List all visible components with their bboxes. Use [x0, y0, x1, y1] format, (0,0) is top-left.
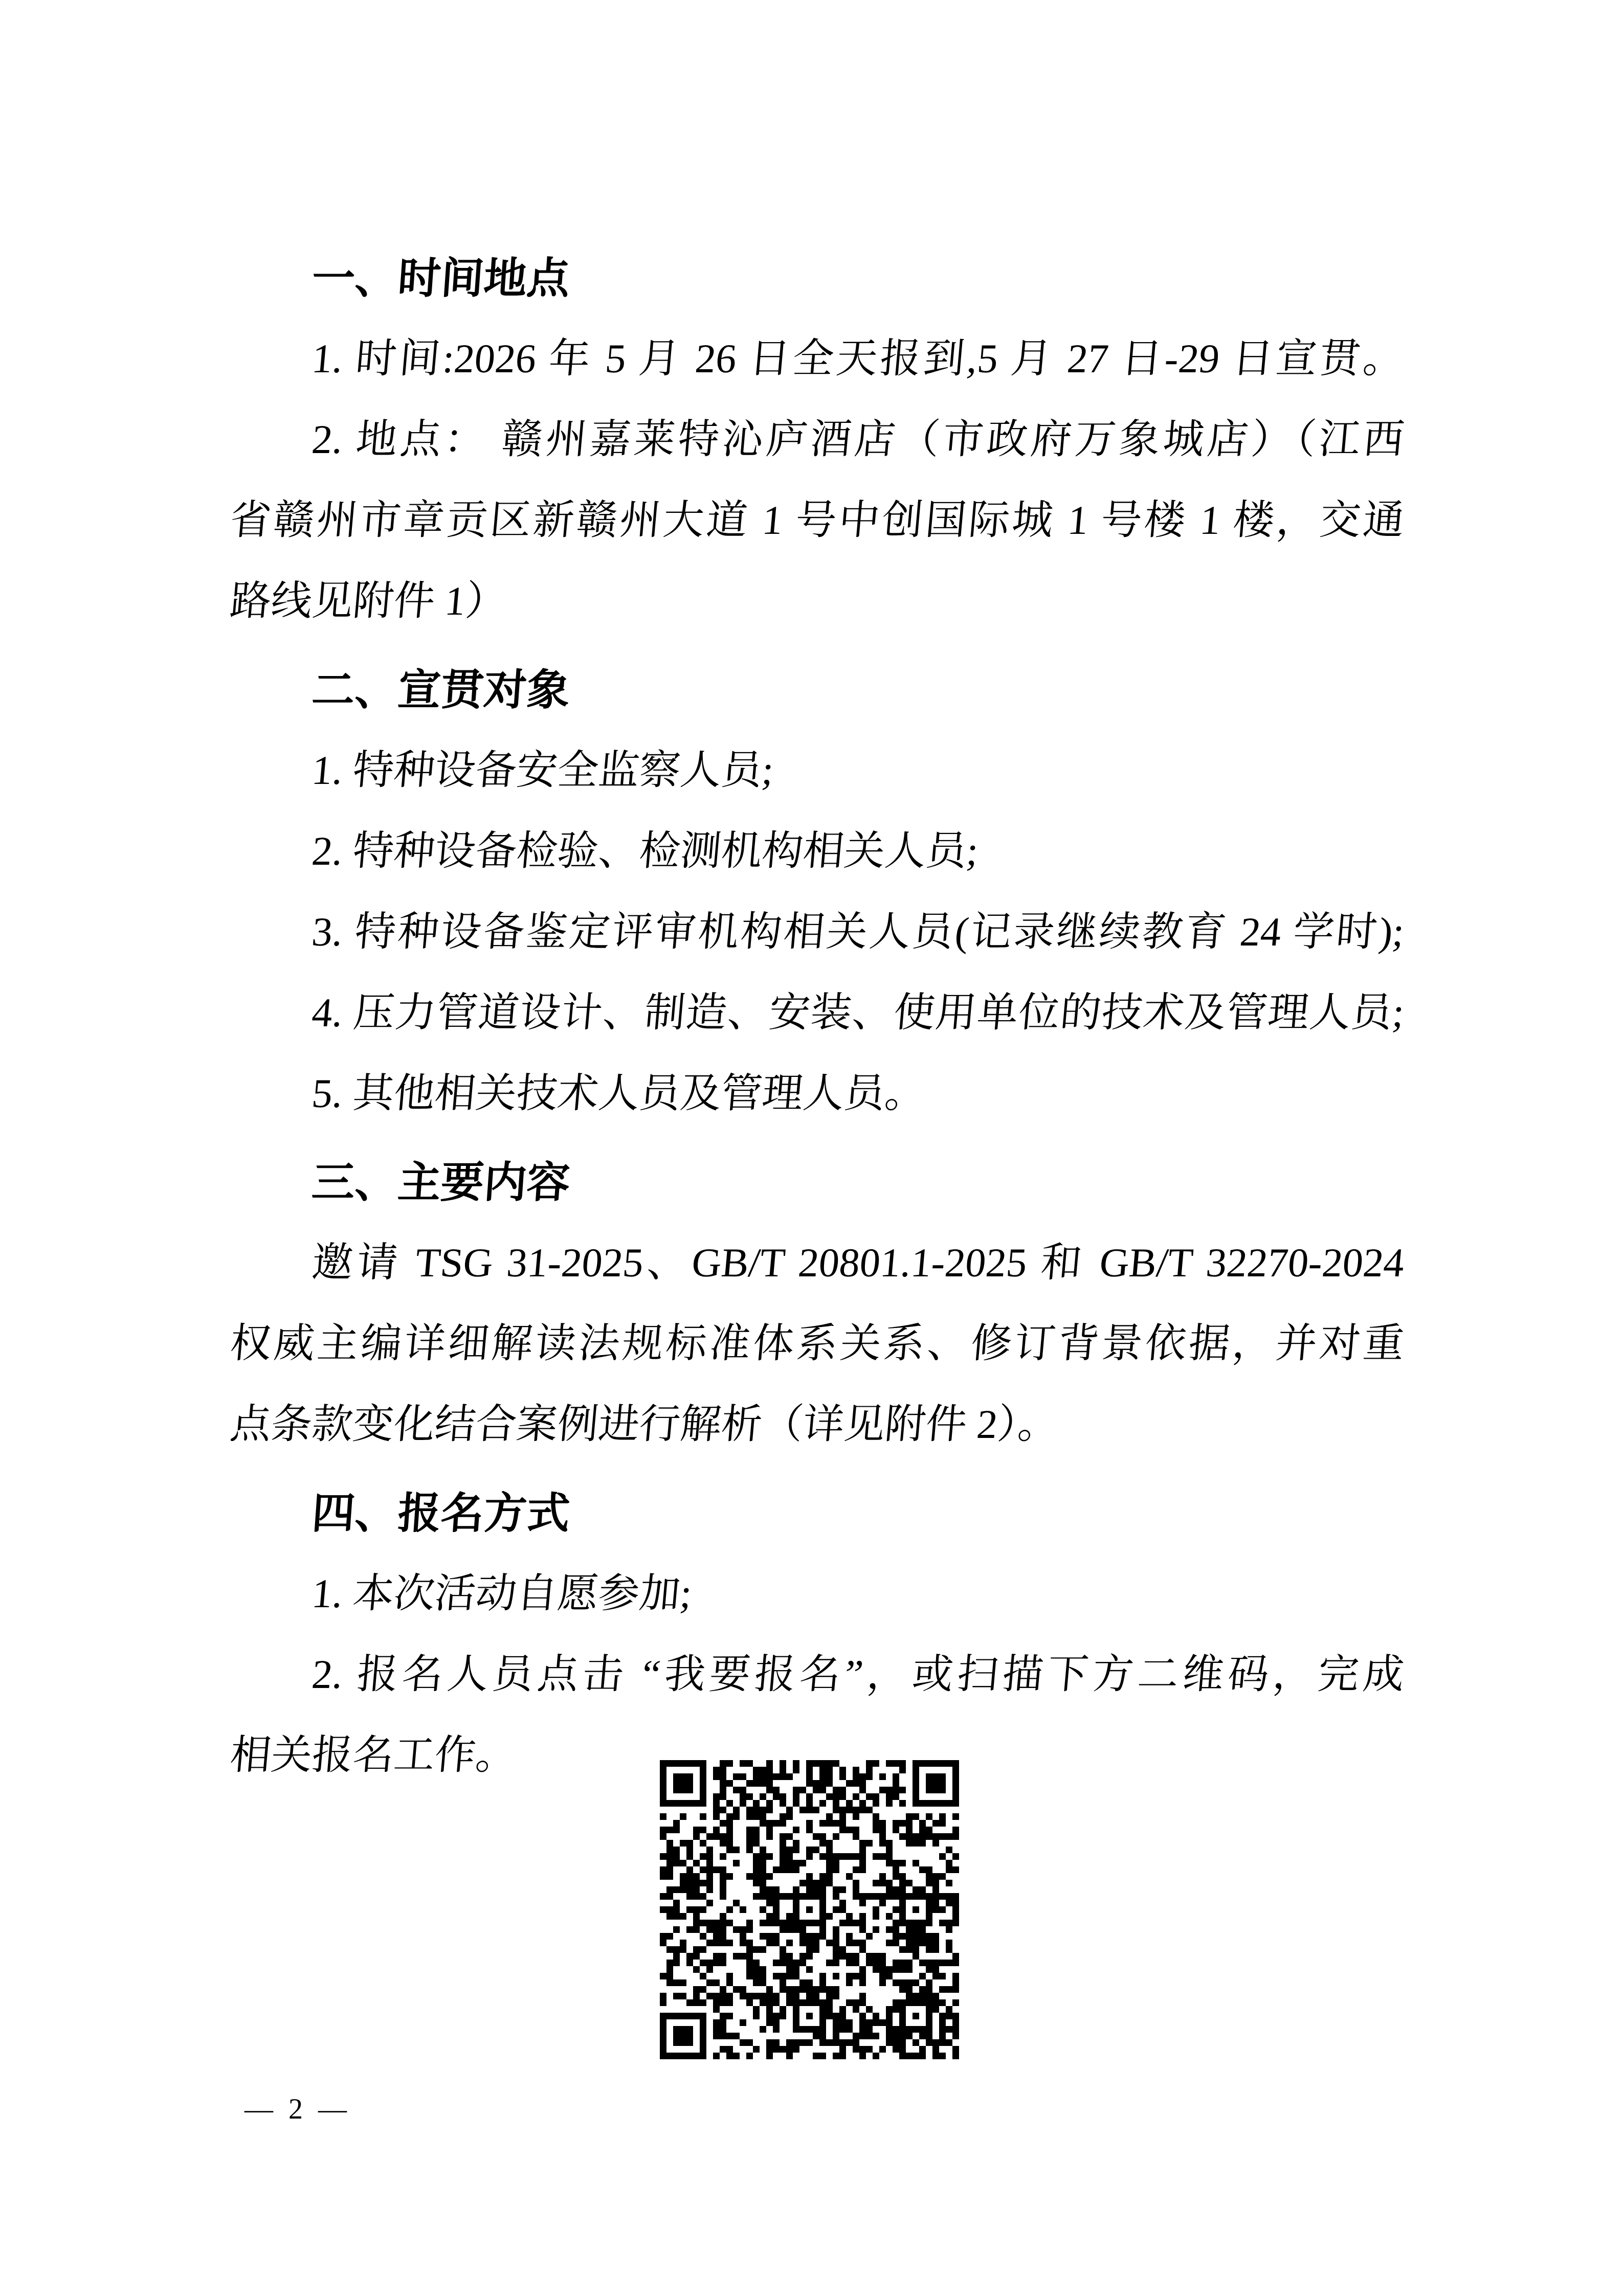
text-line: 1. 特种设备安全监察人员; [227, 730, 1408, 811]
text-line: 2. 地点： 赣州嘉莱特沁庐酒店（市政府万象城店）（江西 [227, 399, 1408, 480]
section-heading: 三、主要内容 [227, 1142, 1407, 1223]
text-line: 省赣州市章贡区新赣州大道 1 号中创国际城 1 号楼 1 楼，交通 [227, 480, 1408, 561]
text-line: 邀请 TSG 31-2025、GB/T 20801.1-2025 和 GB/T … [227, 1223, 1408, 1303]
text-line: 5. 其他相关技术人员及管理人员。 [227, 1053, 1408, 1134]
qr-code-canvas [660, 1760, 959, 2059]
text-line: 点条款变化结合案例进行解析（详见附件 2）。 [227, 1384, 1408, 1465]
document-body: 一、时间地点1. 时间:2026 年 5 月 26 日全天报到,5 月 27 日… [230, 238, 1404, 1796]
text-line: 4. 压力管道设计、制造、安装、使用单位的技术及管理人员; [227, 973, 1408, 1053]
text-line: 1. 时间:2026 年 5 月 26 日全天报到,5 月 27 日-29 日宣… [227, 319, 1408, 399]
document-page: 一、时间地点1. 时间:2026 年 5 月 26 日全天报到,5 月 27 日… [0, 0, 1624, 2296]
text-line: 3. 特种设备鉴定评审机构相关人员(记录继续教育 24 学时); [227, 892, 1408, 973]
text-line: 1. 本次活动自愿参加; [227, 1554, 1408, 1634]
text-line: 路线见附件 1） [227, 561, 1408, 642]
text-line: 2. 报名人员点击 “我要报名”，或扫描下方二维码，完成 [227, 1634, 1408, 1715]
section-heading: 一、时间地点 [227, 238, 1407, 319]
qr-code [660, 1760, 959, 2059]
text-line: 2. 特种设备检验、检测机构相关人员; [227, 811, 1408, 892]
section-heading: 二、宣贯对象 [227, 649, 1407, 730]
page-number: — 2 — [244, 2089, 351, 2130]
section-heading: 四、报名方式 [227, 1473, 1407, 1554]
text-line: 权威主编详细解读法规标准体系关系、修订背景依据，并对重 [227, 1303, 1408, 1384]
